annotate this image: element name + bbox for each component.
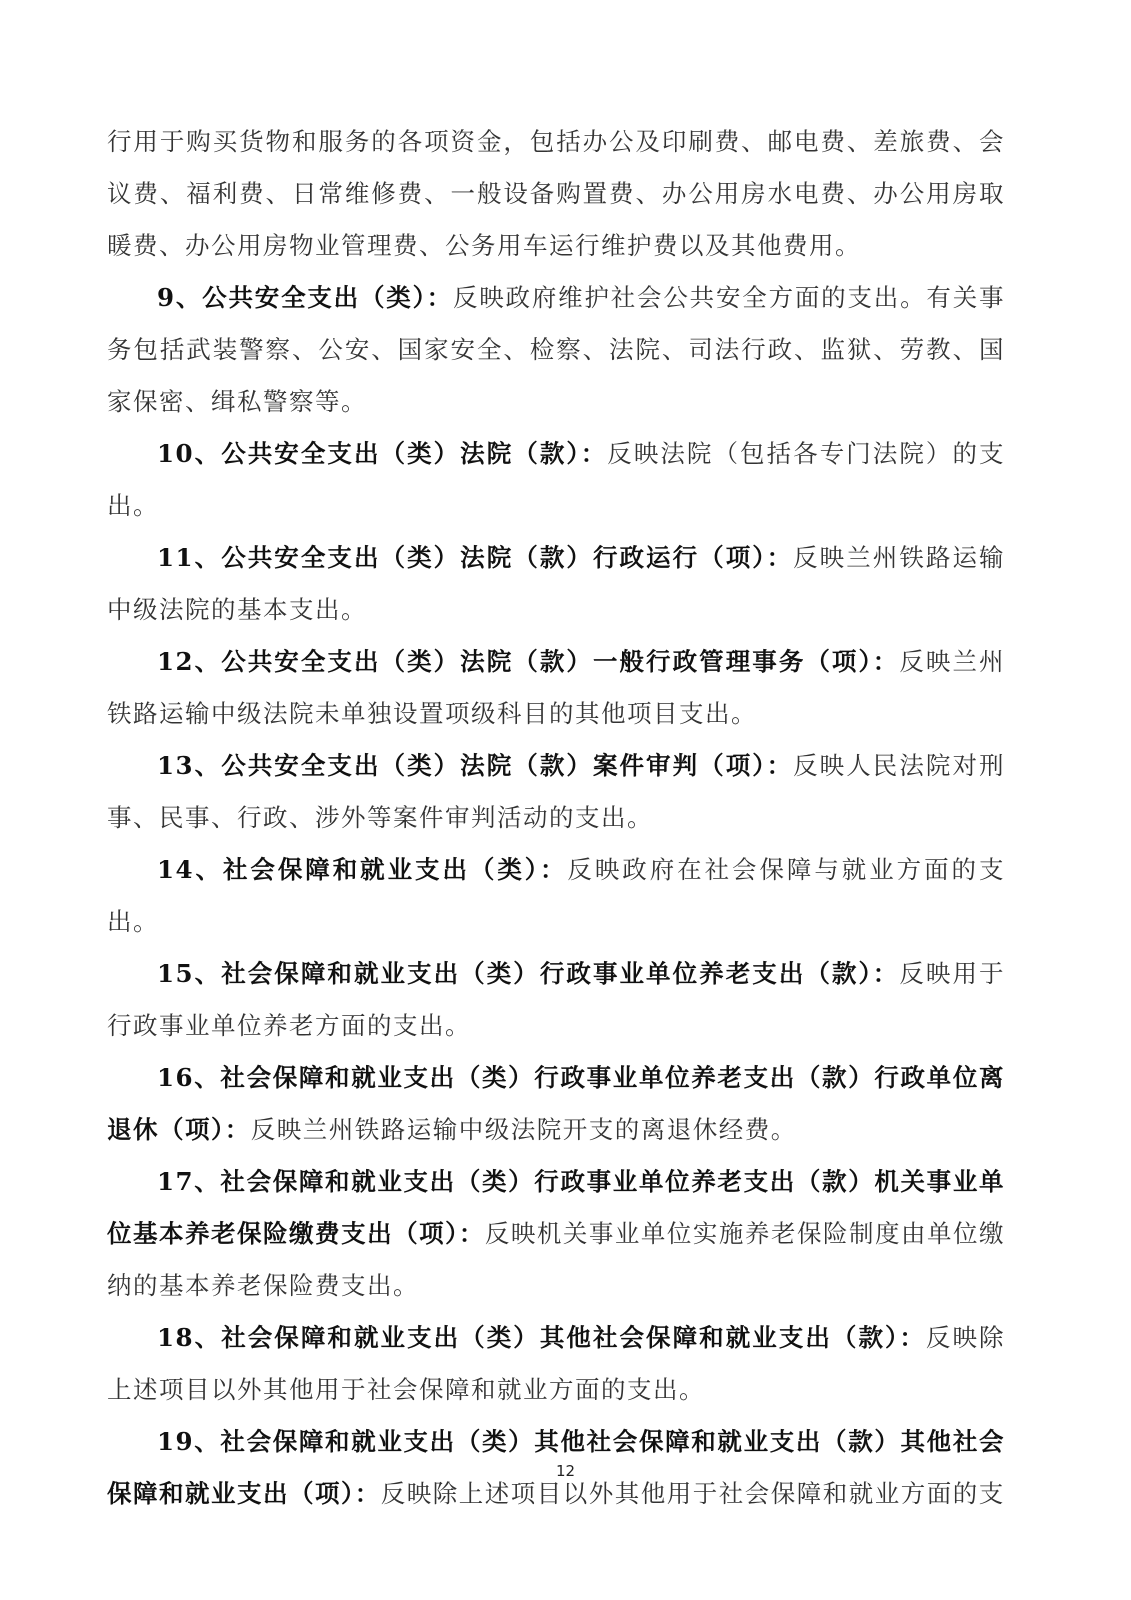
item-heading: 15、社会保障和就业支出（类）行政事业单位养老支出（款）： [157,959,899,988]
paragraph-item-14: 14、社会保障和就业支出（类）：反映政府在社会保障与就业方面的支出。 [107,844,1005,948]
item-heading: 11、公共安全支出（类）法院（款）行政运行（项）： [157,543,793,572]
item-description: 反映兰州铁路运输中级法院开支的离退休经费。 [251,1115,797,1144]
paragraph-item-9: 9、公共安全支出（类）：反映政府维护社会公共安全方面的支出。有关事务包括武装警察… [107,272,1005,428]
item-heading: 14、社会保障和就业支出（类）： [157,855,567,884]
paragraph-item-11: 11、公共安全支出（类）法院（款）行政运行（项）：反映兰州铁路运输中级法院的基本… [107,532,1005,636]
paragraph-text: 行用于购买货物和服务的各项资金，包括办公及印刷费、邮电费、差旅费、会议费、福利费… [107,127,1005,260]
paragraph-item-18: 18、社会保障和就业支出（类）其他社会保障和就业支出（款）：反映除上述项目以外其… [107,1312,1005,1416]
paragraph-item-15: 15、社会保障和就业支出（类）行政事业单位养老支出（款）：反映用于行政事业单位养… [107,948,1005,1052]
paragraph-item-13: 13、公共安全支出（类）法院（款）案件审判（项）：反映人民法院对刑事、民事、行政… [107,740,1005,844]
paragraph-item-17: 17、社会保障和就业支出（类）行政事业单位养老支出（款）机关事业单位基本养老保险… [107,1156,1005,1312]
item-description: 反映除上述项目以外其他用于社会保障和就业方面的支 [381,1479,1005,1508]
item-heading: 12、公共安全支出（类）法院（款）一般行政管理事务（项）： [157,647,899,676]
document-body: 行用于购买货物和服务的各项资金，包括办公及印刷费、邮电费、差旅费、会议费、福利费… [107,116,1005,1520]
paragraph-item-10: 10、公共安全支出（类）法院（款）：反映法院（包括各专门法院）的支出。 [107,428,1005,532]
item-heading: 13、公共安全支出（类）法院（款）案件审判（项）： [157,751,793,780]
item-heading: 10、公共安全支出（类）法院（款）： [157,439,607,468]
item-heading: 18、社会保障和就业支出（类）其他社会保障和就业支出（款）： [157,1323,926,1352]
page-number: 12 [0,1462,1131,1480]
paragraph-continuation: 行用于购买货物和服务的各项资金，包括办公及印刷费、邮电费、差旅费、会议费、福利费… [107,116,1005,272]
paragraph-item-16: 16、社会保障和就业支出（类）行政事业单位养老支出（款）行政单位离退休（项）：反… [107,1052,1005,1156]
paragraph-item-12: 12、公共安全支出（类）法院（款）一般行政管理事务（项）：反映兰州铁路运输中级法… [107,636,1005,740]
item-heading: 9、公共安全支出（类）： [157,283,453,312]
